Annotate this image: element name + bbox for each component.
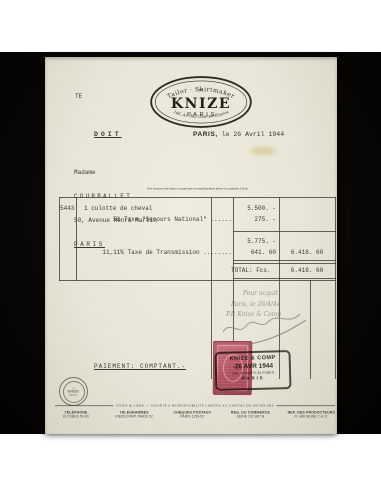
seal-name: KNIZE <box>68 391 79 392</box>
table-rule-total-a <box>233 278 336 279</box>
order-number: 5443 <box>60 205 74 213</box>
stamp-company: KNIZE & COMP <box>230 354 276 361</box>
line-item-amount: 641. 60 <box>234 249 278 257</box>
handwriting-pour-acquit: Pour acquit <box>243 290 278 297</box>
footer-company-text: KNIZE & COMP. — SOCIÉTÉ A RESPONSABILITÉ… <box>116 404 274 408</box>
fine-print-notice: Nos factures sont faites en supposant no… <box>59 187 336 192</box>
table-rule-total-b <box>59 280 336 281</box>
table-vline <box>76 197 77 281</box>
scissors-icon: ✂ <box>199 88 204 94</box>
total-value: 6.416. 60 <box>281 267 333 275</box>
subtotal-amount: 5.775. - <box>234 238 278 246</box>
recipient-city: PARIS <box>74 241 157 249</box>
fine-print-text: Nos factures sont faites en supposant no… <box>59 187 336 190</box>
dateline-place: PARIS, <box>193 131 218 138</box>
line-item-desc: 1 culotte de cheval <box>84 205 152 213</box>
dateline: PARIS, le 26 Avril 1944 <box>193 131 284 138</box>
stamp-date: -26 AVR 1944 <box>233 361 274 370</box>
stamp-address: 146, CHAMPS-ÉLYSÉES <box>232 370 274 375</box>
total-label: TOTAL: Fcs. <box>231 267 271 275</box>
footer-col-value: KNIZECOMP, PARIS 52 <box>113 415 155 419</box>
table-rule-top <box>59 197 336 198</box>
footer-company-line: KNIZE & COMP. — SOCIÉTÉ A RESPONSABILITÉ… <box>55 404 335 408</box>
footer-col-value: SEINE 237.897 B <box>229 415 271 419</box>
recipient-salutation: Madame <box>74 169 157 177</box>
line-item-amount: 5.500. - <box>234 205 278 213</box>
footer-col-value: R. 480 SEINE C.A.O. <box>288 415 335 419</box>
company-seal: ✂ KNIZE PARIS <box>59 377 88 406</box>
table-rule-double-a <box>233 260 336 261</box>
ink-smudge <box>250 147 276 155</box>
company-date-stamp: KNIZE & COMP -26 AVR 1944 146, CHAMPS-ÉL… <box>215 350 292 391</box>
footer-col-telephone: TÉLÉPHONE ÉLYSÉES 59-60 <box>55 410 97 419</box>
typist-reference: TE <box>75 93 82 101</box>
footer-col-value: PARIS 1159-52 <box>171 415 213 419</box>
payment-terms: PAIEMENT: COMPTANT.- <box>94 363 186 371</box>
footer-inner: KNIZE & COMP. — SOCIÉTÉ A RESPONSABILITÉ… <box>55 404 335 419</box>
line-item-total: 6.416. 60 <box>281 249 333 257</box>
footer: KNIZE & COMP. — SOCIÉTÉ A RESPONSABILITÉ… <box>55 404 335 434</box>
table-vline <box>211 197 212 379</box>
scissors-icon: ✂ <box>72 387 74 388</box>
invoice-paper: TE Tailor · Shirtmaker ✂ KNIZE PARIS 146… <box>45 57 337 434</box>
footer-col-commerce: REG. DU COMMERCE SEINE 237.897 B <box>229 410 271 419</box>
photo-backdrop: TE Tailor · Shirtmaker ✂ KNIZE PARIS 146… <box>0 52 381 434</box>
doit-label: DOIT <box>94 131 122 139</box>
footer-columns: TÉLÉPHONE ÉLYSÉES 59-60 TÉLÉGRAMMES KNIZ… <box>55 410 335 419</box>
footer-col-producteurs: REP. DES PRODUCTEURS R. 480 SEINE C.A.O. <box>288 410 335 419</box>
table-rule-sub <box>233 231 336 232</box>
invoice-date: le 26 Avril 1944 <box>222 131 284 138</box>
table-rule-double-b <box>233 263 336 264</box>
footer-col-telegrams: TÉLÉGRAMMES KNIZECOMP, PARIS 52 <box>113 410 155 419</box>
footer-col-value: ÉLYSÉES 59-60 <box>55 415 97 419</box>
line-item-desc: 5% Taxe "Secours National" ...... <box>75 216 234 224</box>
line-item-desc: 11,11% Taxe de Transmission ........ <box>75 249 234 257</box>
line-item-amount: 275. - <box>234 216 278 224</box>
table-vline <box>335 197 336 379</box>
logo-name: KNIZE <box>171 96 231 112</box>
knize-logo: Tailor · Shirtmaker ✂ KNIZE PARIS 146, A… <box>149 75 253 129</box>
seal-city: PARIS <box>69 395 78 396</box>
stamp-city: PARIS <box>242 376 265 382</box>
footer-col-cheques: CHÈQUES POSTAUX PARIS 1159-52 <box>171 410 213 419</box>
footer-divider-left <box>55 405 113 406</box>
footer-divider-right <box>277 405 335 406</box>
